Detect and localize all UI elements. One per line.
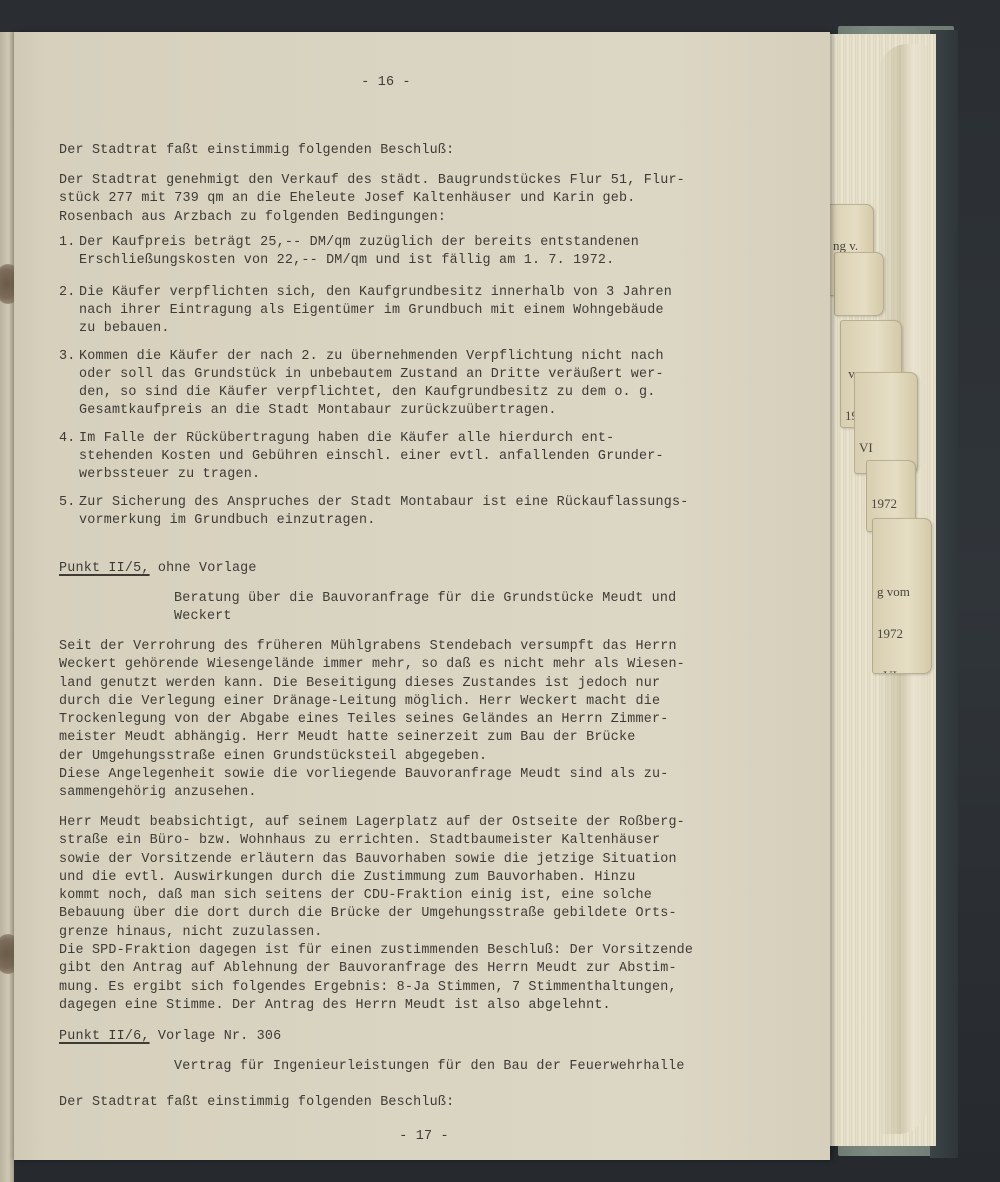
index-tab[interactable]: g vom 1972 . VI [872,518,932,674]
text-line: stück 277 mit 739 qm an die Eheleute Jos… [59,190,685,208]
text-line: grenze hinaus, nicht zuzulassen. [59,924,685,942]
agenda-heading-ii-6: Punkt II/6, Vorlage Nr. 306 [59,1026,281,1046]
text-line: stehenden Kosten und Gebühren einschl. e… [79,448,664,466]
resolution-text: Der Stadtrat genehmigt den Verkauf des s… [59,172,685,227]
agenda-heading-ii-5: Punkt II/5, ohne Vorlage [59,558,257,578]
agenda-item-note: ohne Vorlage [150,561,257,576]
text-line: Die Käufer verpflichten sich, den Kaufgr… [79,284,672,302]
text-line: Diese Angelegenheit sowie die vorliegend… [59,766,668,784]
agenda-item-label: Punkt II/5, [59,561,150,576]
text-line: Der Stadtrat genehmigt den Verkauf des s… [59,172,685,190]
paragraph: Diese Angelegenheit sowie die vorliegend… [59,766,668,803]
text-line: Trockenlegung von der Abgabe eines Teile… [59,711,685,729]
paragraph: Seit der Verrohrung des früheren Mühlgra… [59,638,685,766]
index-tab[interactable]: VI [834,252,884,316]
index-tab[interactable]: VI [854,372,918,474]
text-line: durch die Verlegung einer Dränage-Leitun… [59,693,685,711]
resolution-intro: Der Stadtrat faßt einstimmig folgenden B… [59,142,454,160]
text-line: kommt noch, daß man sich seitens der CDU… [59,887,685,905]
text-line: gibt den Antrag auf Ablehnung der Bauvor… [59,960,693,978]
text-line: Die SPD-Fraktion dagegen ist für einen z… [59,942,693,960]
text-line: Im Falle der Rückübertragung haben die K… [79,430,614,448]
text-line: Gesamtkaufpreis an die Stadt Montabaur z… [79,402,557,420]
text-line: Herr Meudt beabsichtigt, auf seinem Lage… [59,814,685,832]
text-line: dagegen eine Stimme. Der Antrag des Herr… [59,997,693,1015]
agenda-subject: Beratung über die Bauvoranfrage für die … [174,590,676,627]
text-line: oder soll das Grundstück in unbebautem Z… [79,366,664,384]
text-line: und die evtl. Auswirkungen durch die Zus… [59,869,685,887]
resolution-intro: Der Stadtrat faßt einstimmig folgenden B… [59,1094,454,1112]
text-line: land genutzt werden kann. Die Beseitigun… [59,675,685,693]
left-page-edge [0,32,14,1182]
index-tab-line: . VI [877,669,931,674]
document-page: - 16 - Der Stadtrat faßt einstimmig folg… [14,32,830,1160]
paragraph: Herr Meudt beabsichtigt, auf seinem Lage… [59,814,685,942]
text-line: vormerkung im Grundbuch einzutragen. [79,512,376,530]
index-tab-line: 1972 [877,627,931,641]
condition-number: 3. [59,348,75,366]
paragraph: Die SPD-Fraktion dagegen ist für einen z… [59,942,693,1015]
index-tab-line: 1972 [871,497,915,511]
agenda-item-note: Vorlage Nr. 306 [150,1029,282,1044]
text-line: Bebauung über die dort durch die Brücke … [59,905,685,923]
text-line: Seit der Verrohrung des früheren Mühlgra… [59,638,685,656]
index-tab-line: g vom [877,585,931,599]
text-line: Beratung über die Bauvoranfrage für die … [174,590,676,608]
text-line: mung. Es ergibt sich folgendes Ergebnis:… [59,979,693,997]
index-tab-line: VI [859,441,917,455]
condition-number: 5. [59,494,75,512]
text-line: sammengehörig anzusehen. [59,784,668,802]
text-line: Weckert gehörende Wiesengelände immer me… [59,656,685,674]
condition-number: 1. [59,234,75,252]
agenda-item-label: Punkt II/6, [59,1029,150,1044]
agenda-subject: Vertrag für Ingenieurleistungen für den … [174,1058,685,1076]
text-line: der Umgehungsstraße einen Grundstückstei… [59,748,685,766]
text-line: Zur Sicherung des Anspruches der Stadt M… [79,494,688,512]
text-line: straße ein Büro- bzw. Wohnhaus zu errich… [59,832,685,850]
text-line: zu bebauen. [79,320,170,338]
text-line: werbssteuer zu tragen. [79,466,260,484]
text-line: Kommen die Käufer der nach 2. zu überneh… [79,348,664,366]
text-line: Erschließungskosten von 22,-- DM/qm und … [79,252,614,270]
index-tab-line: ng v. [833,239,873,253]
text-line: sowie der Vorsitzende erläutern das Bauv… [59,851,685,869]
text-line: Der Kaufpreis beträgt 25,-- DM/qm zuzügl… [79,234,639,252]
text-line: nach ihrer Eintragung als Eigentümer im … [79,302,664,320]
text-line: meister Meudt abhängig. Herr Meudt hatte… [59,729,685,747]
condition-number: 4. [59,430,75,448]
text-line: den, so sind die Käufer verpflichtet, de… [79,384,656,402]
page-number-bottom: - 17 - [364,1128,484,1146]
condition-number: 2. [59,284,75,302]
text-line: Rosenbach aus Arzbach zu folgenden Bedin… [59,209,685,227]
page-number-top: - 16 - [326,74,446,92]
text-line: Weckert [174,608,676,626]
